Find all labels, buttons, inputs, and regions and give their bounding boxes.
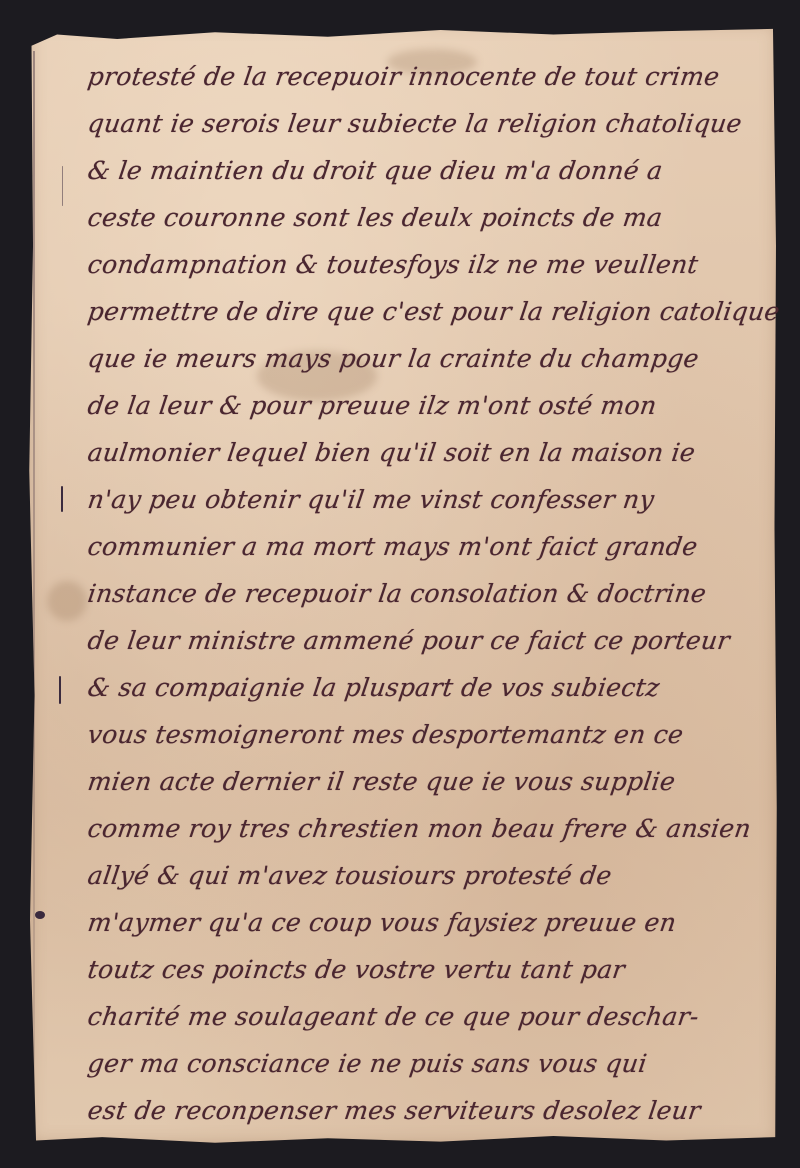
text-line: mien acte dernier il reste que ie vous s…	[86, 767, 677, 796]
ink-stain	[47, 581, 87, 621]
margin-tick	[61, 486, 63, 512]
text-line: condampnation & toutesfoys ilz ne me veu…	[86, 250, 700, 279]
text-line: & sa compaignie la pluspart de vos subie…	[86, 673, 662, 702]
text-line: ceste couronne sont les deulx poincts de…	[86, 203, 664, 232]
text-line: communier a ma mort mays m'ont faict gra…	[86, 532, 700, 561]
text-line: m'aymer qu'a ce coup vous faysiez preuue…	[86, 908, 678, 937]
text-line: instance de recepuoir la consolation & d…	[86, 579, 708, 608]
text-line: aulmonier lequel bien qu'il soit en la m…	[86, 438, 697, 467]
text-line: protesté de la recepuoir innocente de to…	[86, 62, 721, 91]
text-line: allyé & qui m'avez tousiours protesté de	[86, 861, 614, 890]
text-line: vous tesmoigneront mes desportemantz en …	[86, 720, 685, 749]
text-line: & le maintien du droit que dieu m'a donn…	[86, 156, 665, 185]
text-line: toutz ces poincts de vostre vertu tant p…	[86, 955, 627, 984]
text-line: permettre de dire que c'est pour la reli…	[86, 297, 782, 326]
margin-tick	[59, 676, 61, 704]
text-line: comme roy tres chrestien mon beau frere …	[86, 814, 753, 843]
text-line: charité me soulageant de ce que pour des…	[86, 1002, 701, 1031]
text-line: de la leur & pour preuue ilz m'ont osté …	[86, 391, 659, 420]
text-line: est de reconpenser mes serviteurs desole…	[86, 1096, 703, 1125]
margin-line	[33, 51, 35, 1101]
text-line: n'ay peu obtenir qu'il me vinst confesse…	[86, 485, 656, 514]
margin-tick	[62, 166, 63, 206]
text-line: de leur ministre ammené pour ce faict ce…	[86, 626, 732, 655]
text-line: quant ie serois leur subiecte la religio…	[86, 109, 744, 138]
photo-frame: protesté de la recepuoir innocente de to…	[0, 0, 800, 1168]
text-line: ger ma consciance ie ne puis sans vous q…	[86, 1049, 649, 1078]
margin-blot	[35, 911, 45, 919]
text-line: que ie meurs mays pour la crainte du cha…	[86, 344, 701, 373]
